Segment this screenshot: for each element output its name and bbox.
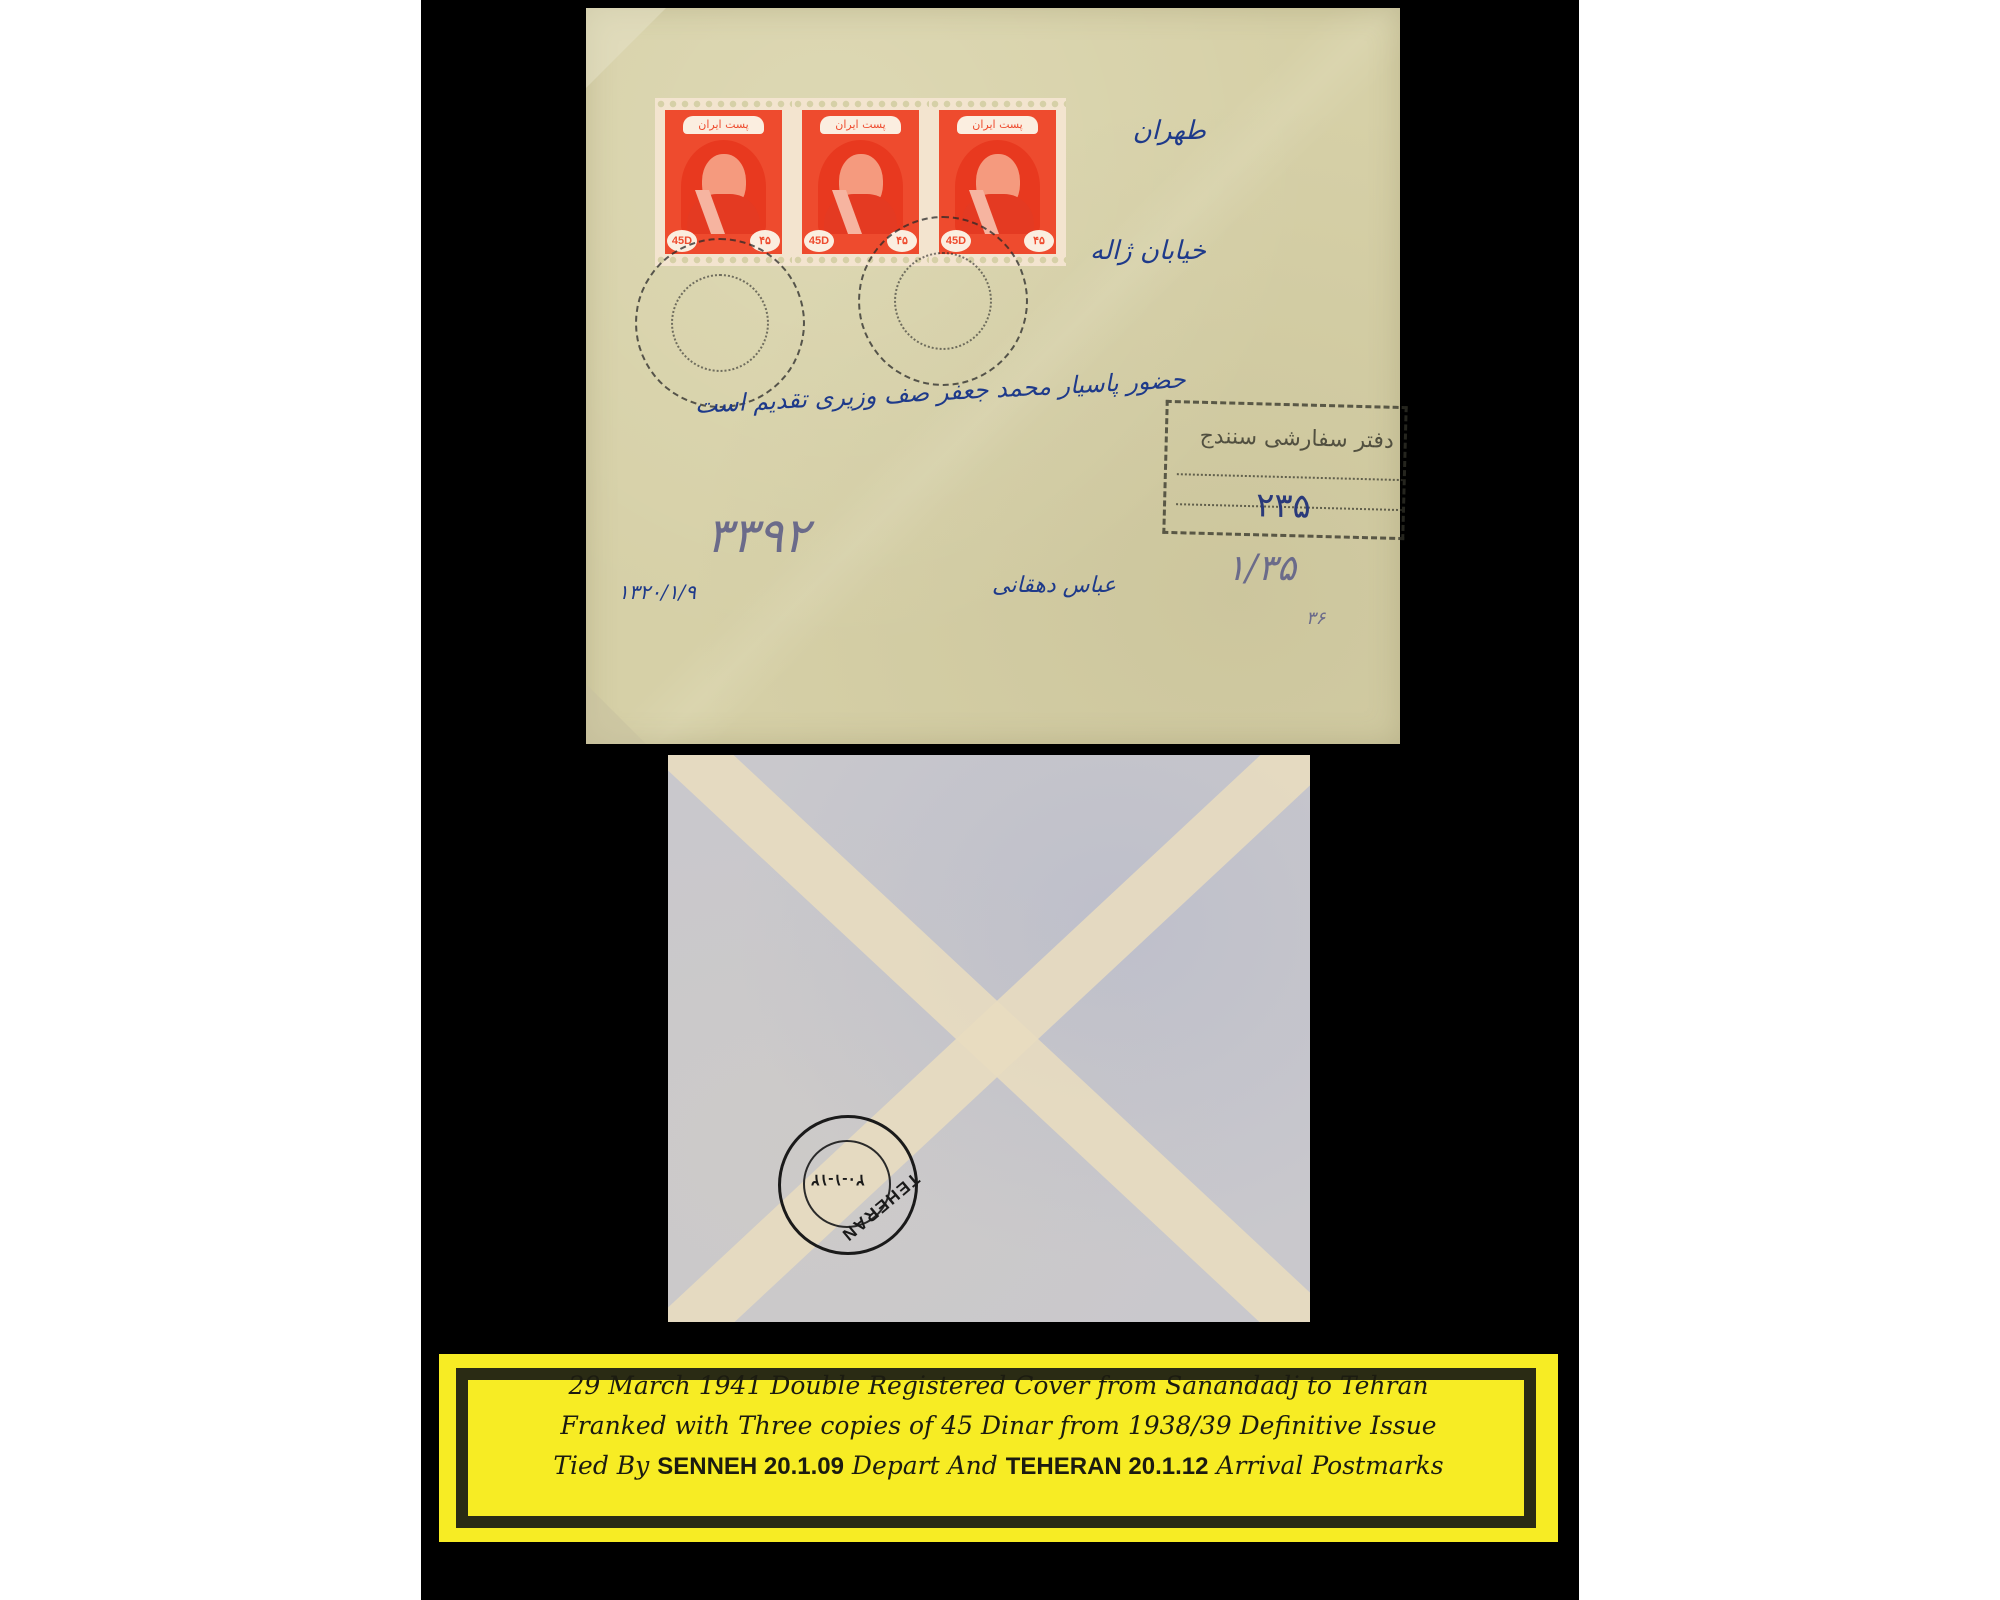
pencil-note: ۱/۳۵ <box>1226 548 1296 589</box>
corner-fold <box>586 8 666 88</box>
stamp-country: پست ایران <box>683 116 764 134</box>
caption-line-1: 29 March 1941 Double Registered Cover fr… <box>439 1366 1558 1406</box>
address-street: خیابان ژاله <box>1046 236 1206 266</box>
postmark-date: ۲۰-۱-۱۲ <box>811 1170 865 1190</box>
registration-number: ۲۳۵ <box>1256 485 1312 526</box>
pencil-note: ۳۳۹۲ <box>706 508 809 564</box>
caption-text: Tied By <box>553 1451 657 1480</box>
stamp-country: پست ایران <box>957 116 1038 134</box>
senneh-postmark <box>858 216 1028 386</box>
registration-office: دفتر سفارشی سنندج <box>1198 424 1395 454</box>
caption-postmark-depart: SENNEH 20.1.09 <box>657 1453 844 1480</box>
caption-line-3: Tied By SENNEH 20.1.09 Depart And TEHERA… <box>439 1446 1558 1486</box>
caption-line-2: Franked with Three copies of 45 Dinar fr… <box>439 1406 1558 1446</box>
senneh-postmark <box>635 238 805 408</box>
pencil-note: ۳۶ <box>1306 608 1325 629</box>
teheran-arrival-postmark: TEHERAN ۲۰-۱-۱۲ <box>778 1115 918 1255</box>
caption-label: 29 March 1941 Double Registered Cover fr… <box>439 1354 1558 1542</box>
handwritten-date: ۱۳۲۰/۱/۹ <box>618 580 696 604</box>
sender-name: عباس دهقانی <box>996 573 1116 598</box>
address-city: طهران <box>1116 116 1206 146</box>
caption-postmark-arrival: TEHERAN 20.1.12 <box>1006 1453 1209 1480</box>
caption-text: Arrival Postmarks <box>1208 1451 1443 1480</box>
stamp-value: 45D <box>804 230 834 252</box>
front-cover: پست ایران 45D ۴۵ پست ایران 45D ۴۵ <box>586 8 1400 744</box>
registration-handstamp: دفتر سفارشی سنندج ۲۳۵ <box>1162 400 1407 540</box>
caption-text: Depart And <box>844 1451 1006 1480</box>
corner-fold <box>586 684 646 744</box>
back-cover: TEHERAN ۲۰-۱-۱۲ <box>668 755 1310 1322</box>
stamp-country: پست ایران <box>820 116 901 134</box>
